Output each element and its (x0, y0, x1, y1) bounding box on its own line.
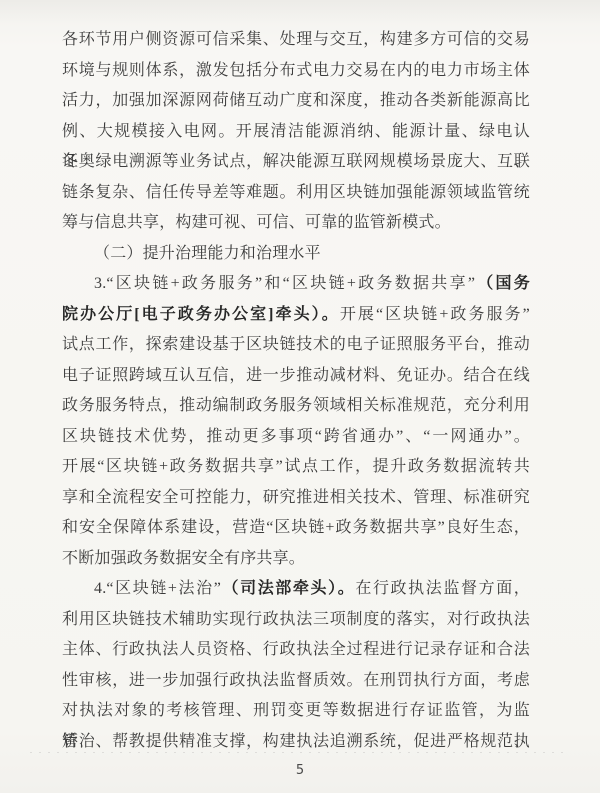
text-line: 政务服务特点，推动编制政务服务领域相关标准规范，充分利用 (62, 391, 530, 422)
text-line: 冬奥绿电溯源等业务试点，解决能源互联网规模场景庞大、互联 (62, 147, 530, 178)
text-run: 享和全流程安全可控能力，研究推进相关技术、管理、标准研究 (62, 489, 530, 506)
text-line: 不断加强政务数据安全有序共享。 (62, 544, 530, 575)
text-run: 筹与信息共享，构建可视、可信、可靠的监管新模式。 (62, 214, 451, 231)
text-line: 利用区块链技术辅助实现行政执法三项制度的落实，对行政执法 (62, 605, 530, 636)
text-line: 对执法对象的考核管理、刑罚变更等数据进行存证监管，为监管、 (62, 696, 530, 727)
text-line: 区块链技术优势，推动更多事项“跨省通办”、“一网通办”。 (62, 422, 530, 453)
scan-artifact-line (30, 752, 570, 753)
lead-agency-label: （司法部牵头）。 (221, 580, 355, 597)
text-run: 试点工作，探索建设基于区块链技术的电子证照服务平台，推动 (62, 336, 530, 353)
lead-agency-label: 院办公厅[电子政务办公室]牵头）。 (62, 306, 340, 323)
text-run: 各环节用户侧资源可信采集、处理与交互，构建多方可信的交易 (62, 31, 530, 48)
text-run: 利用区块链技术辅助实现行政执法三项制度的落实，对行政执法 (62, 611, 530, 628)
text-run: 链条复杂、信任传导差等难题。利用区块链加强能源领域监管统 (62, 184, 530, 201)
document-text-block: 各环节用户侧资源可信采集、处理与交互，构建多方可信的交易 环境与规则体系，激发包… (62, 25, 530, 757)
text-line: 电子证照跨域互认互信，进一步推动减材料、免证办。结合在线 (62, 361, 530, 392)
text-run: 3.“区块链+政务服务”和“区块链+政务数据共享” (94, 275, 475, 292)
text-line: 主体、行政执法人员资格、行政执法全过程进行记录存证和合法 (62, 635, 530, 666)
text-run: 和安全保障体系建设，营造“区块链+政务数据共享”良好生态， (62, 519, 530, 536)
text-line: 环境与规则体系，激发包括分布式电力交易在内的电力市场主体 (62, 56, 530, 87)
text-run: 矫治、帮教提供精准支撑，构建执法追溯系统，促进严格规范执 (62, 733, 530, 750)
document-page: 各环节用户侧资源可信采集、处理与交互，构建多方可信的交易 环境与规则体系，激发包… (0, 0, 600, 793)
scan-smudge (0, 0, 600, 24)
text-line: 链条复杂、信任传导差等难题。利用区块链加强能源领域监管统 (62, 178, 530, 209)
text-line: 性审核，进一步加强行政执法监督质效。在刑罚执行方面，考虑 (62, 666, 530, 697)
text-run: 区块链技术优势，推动更多事项“跨省通办”、“一网通办”。 (62, 428, 530, 445)
text-line: 院办公厅[电子政务办公室]牵头）。开展“区块链+政务服务” (62, 300, 530, 331)
text-run: 环境与规则体系，激发包括分布式电力交易在内的电力市场主体 (62, 62, 530, 79)
section-heading: （二）提升治理能力和治理水平 (62, 239, 530, 270)
text-line: 和安全保障体系建设，营造“区块链+政务数据共享”良好生态， (62, 513, 530, 544)
lead-agency-label: （国务 (475, 275, 530, 292)
text-line: 活力，加强加深源网荷储互动广度和深度，推动各类新能源高比 (62, 86, 530, 117)
text-line: 例、大规模接入电网。开展清洁能源消纳、能源计量、绿电认证、 (62, 117, 530, 148)
text-line: 试点工作，探索建设基于区块链技术的电子证照服务平台，推动 (62, 330, 530, 361)
text-run: 开展“区块链+政务服务” (340, 306, 530, 323)
text-run: 主体、行政执法人员资格、行政执法全过程进行记录存证和合法 (62, 641, 530, 658)
text-run: 在行政执法监督方面， (355, 580, 530, 597)
text-line: 各环节用户侧资源可信采集、处理与交互，构建多方可信的交易 (62, 25, 530, 56)
text-run: 活力，加强加深源网荷储互动广度和深度，推动各类新能源高比 (62, 92, 530, 109)
text-run: 电子证照跨域互认互信，进一步推动减材料、免证办。结合在线 (62, 367, 530, 384)
text-run: 冬奥绿电溯源等业务试点，解决能源互联网规模场景庞大、互联 (62, 153, 530, 170)
text-run: 政务服务特点，推动编制政务服务领域相关标准规范，充分利用 (62, 397, 530, 414)
text-line: 开展“区块链+政务数据共享”试点工作，提升政务数据流转共 (62, 452, 530, 483)
page-number: 5 (0, 763, 600, 778)
text-run: 开展“区块链+政务数据共享”试点工作，提升政务数据流转共 (62, 458, 530, 475)
text-line: 3.“区块链+政务服务”和“区块链+政务数据共享”（国务 (62, 269, 530, 300)
text-run: （二）提升治理能力和治理水平 (94, 245, 321, 262)
text-run: 4.“区块链+法治” (94, 580, 221, 597)
text-line: 筹与信息共享，构建可视、可信、可靠的监管新模式。 (62, 208, 530, 239)
text-line: 4.“区块链+法治”（司法部牵头）。在行政执法监督方面， (62, 574, 530, 605)
text-run: 性审核，进一步加强行政执法监督质效。在刑罚执行方面，考虑 (62, 672, 530, 689)
text-line: 享和全流程安全可控能力，研究推进相关技术、管理、标准研究 (62, 483, 530, 514)
text-run: 不断加强政务数据安全有序共享。 (62, 550, 305, 567)
